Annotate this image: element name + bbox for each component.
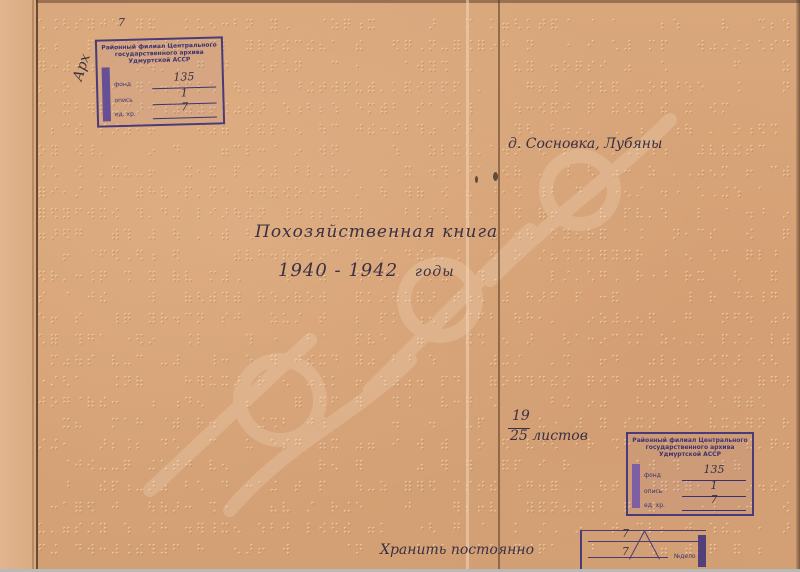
sheets-count-text: 25 листов: [510, 428, 588, 444]
stamp-field-item: ед. хр. 7: [115, 109, 217, 122]
top-edge: [36, 0, 800, 3]
fold-crease-right: [498, 0, 500, 572]
stamp-field-item: ед. хр. 7: [644, 502, 746, 512]
stamp-ink-bar: [102, 67, 111, 121]
archive-mark-number: 7: [118, 16, 125, 29]
archive-mark: Арх: [70, 52, 94, 83]
right-edge: [796, 0, 800, 572]
archive-stamp-bottom: Районный филиал Центрального государстве…: [626, 432, 754, 516]
stamp-ink-blot: [698, 535, 706, 567]
stamp-field-fond: фонд 135: [644, 472, 746, 482]
stamp-ink-bar: [632, 464, 640, 508]
ink-spot: [493, 172, 498, 181]
location-text: д. Сосновка, Лубяны: [508, 136, 662, 152]
partial-stamp-corner: 7 7 №дело: [580, 530, 706, 572]
folder-spine: [0, 0, 38, 572]
storage-note: Хранить постоянно: [380, 542, 534, 558]
archive-stamp-top: Районный филиал Центрального государстве…: [95, 36, 225, 127]
document-title: Похозяйственная книга: [255, 222, 498, 242]
stamp-header: Районный филиал Центрального государстве…: [628, 434, 752, 458]
stamp-header: Районный филиал Центрального государстве…: [97, 38, 222, 65]
sheets-count-numerator: 19: [512, 408, 530, 424]
fold-crease-left: [466, 0, 469, 572]
ink-spot: [475, 176, 478, 183]
document-page: Арх 7 Районный филиал Центрального госуд…: [0, 0, 800, 572]
document-years: 1940 - 1942 годы: [278, 260, 455, 281]
